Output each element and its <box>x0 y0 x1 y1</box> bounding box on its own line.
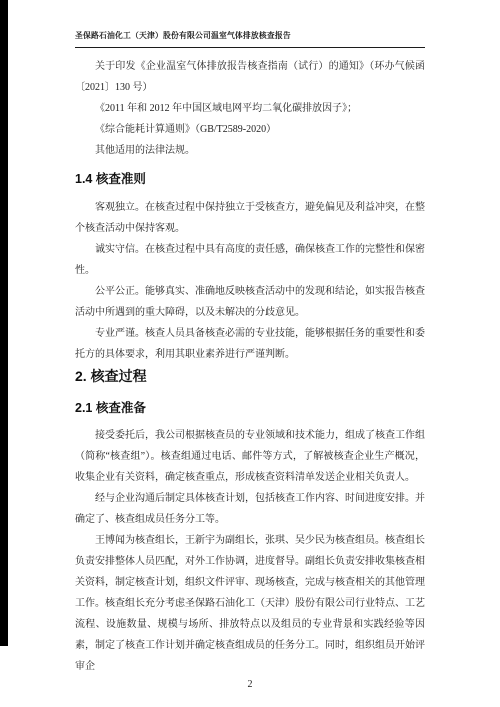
document-page: 圣保路石油化工（天津）股份有限公司温室气体排放核查报告 关于印发《企业温室气体排… <box>0 0 500 707</box>
section-heading-2: 2. 核查过程 <box>75 367 425 386</box>
body-paragraph: 接受委托后，我公司根据核查员的专业领域和技术能力，组成了核查工作组（简称“核查组… <box>75 425 425 488</box>
body-paragraph: 王博闻为核查组长，王新宇为副组长，张琪、吴少民为核查组员。核查组长负责安排整体人… <box>75 530 425 677</box>
body-paragraph: 经与企业沟通后制定具体核查计划，包括核查工作内容、时间进度安排。并确定了、核查组… <box>75 488 425 530</box>
body-paragraph: 诚实守信。在核查过程中具有高度的责任感，确保核查工作的完整性和保密性。 <box>75 239 425 281</box>
scan-edge-artifact <box>0 0 8 646</box>
intro-paragraph: 《2011 年和 2012 年中国区域电网平均二氧化碳排放因子》； <box>75 98 425 119</box>
body-paragraph: 公平公正。能够真实、准确地反映核查活动中的发现和结论，如实报告核查活动中所遇到的… <box>75 281 425 323</box>
intro-paragraph: 《综合能耗计算通则》（GB/T2589-2020） <box>75 119 425 140</box>
page-content: 圣保路石油化工（天津）股份有限公司温室气体排放核查报告 关于印发《企业温室气体排… <box>75 30 425 693</box>
section-heading-1-4: 1.4 核查准则 <box>75 170 425 188</box>
running-header: 圣保路石油化工（天津）股份有限公司温室气体排放核查报告 <box>75 30 425 48</box>
body-paragraph: 客观独立。在核查过程中保持独立于受核查方，避免偏见及利益冲突，在整个核查活动中保… <box>75 197 425 239</box>
body-paragraph: 专业严谨。核查人员具备核查必需的专业技能，能够根据任务的重要性和委托方的具体要求… <box>75 323 425 365</box>
intro-paragraph: 其他适用的法律法规。 <box>75 140 425 161</box>
section-heading-2-1: 2.1 核查准备 <box>75 399 425 417</box>
page-number: 2 <box>75 677 425 693</box>
intro-paragraph: 关于印发《企业温室气体排放报告核查指南（试行）的通知》（环办气候函〔2021〕1… <box>75 56 425 98</box>
